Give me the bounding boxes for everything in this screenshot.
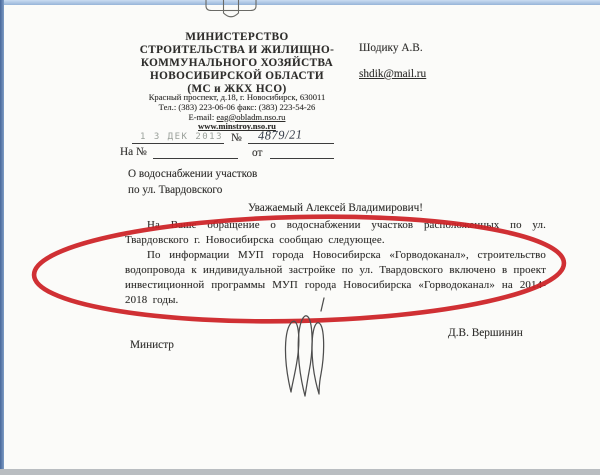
reply-number-line [153, 158, 238, 159]
signature-icon [280, 295, 340, 400]
page-bottom-edge [0, 469, 600, 475]
scanned-letter-page: { "window": { "top_edge_color": "#a9c6e8… [0, 0, 600, 475]
subject-line-2: по ул. Твардовского [128, 183, 318, 199]
subject-line-1: О водоснабжении участков [128, 167, 318, 183]
reply-date-line [270, 158, 334, 159]
number-line [248, 143, 334, 144]
org-line: КОММУНАЛЬНОГО ХОЗЯЙСТВА [92, 57, 382, 70]
page-left-edge [0, 0, 4, 475]
reply-to-label: На № [120, 146, 147, 158]
letterhead-email: eag@obladm.nso.ru [216, 112, 285, 122]
emblem-icon [203, 0, 259, 21]
incoming-date-stamp: 1 3 ДЕК 2013 [140, 132, 223, 142]
signer-name: Д.В. Вершинин [448, 327, 523, 339]
signer-title: Министр [130, 339, 174, 351]
org-line: МИНИСТЕРСТВО [92, 31, 382, 44]
email-label: E-mail: [189, 112, 215, 122]
org-line: НОВОСИБИРСКОЙ ОБЛАСТИ [92, 70, 382, 83]
addressee-email: shdik@mail.ru [359, 68, 426, 80]
letterhead-org-name: МИНИСТЕРСТВО СТРОИТЕЛЬСТВА И ЖИЛИЩНО- КО… [92, 31, 382, 96]
org-line: СТРОИТЕЛЬСТВА И ЖИЛИЩНО- [92, 44, 382, 57]
window-top-edge [0, 0, 600, 5]
letterhead-contact-block: Красный проспект, д.18, г. Новосибирск, … [92, 93, 382, 132]
subject-block: О водоснабжении участков по ул. Твардовс… [128, 167, 318, 198]
date-line [132, 143, 224, 144]
number-label: № [231, 132, 242, 144]
addressee-name: Шодику А.В. [359, 42, 423, 54]
outgoing-number-handwritten: 4879/21 [258, 127, 303, 144]
letterhead-website: www.minstroy.nso.ru [92, 122, 382, 132]
reply-from-label: от [252, 147, 262, 159]
